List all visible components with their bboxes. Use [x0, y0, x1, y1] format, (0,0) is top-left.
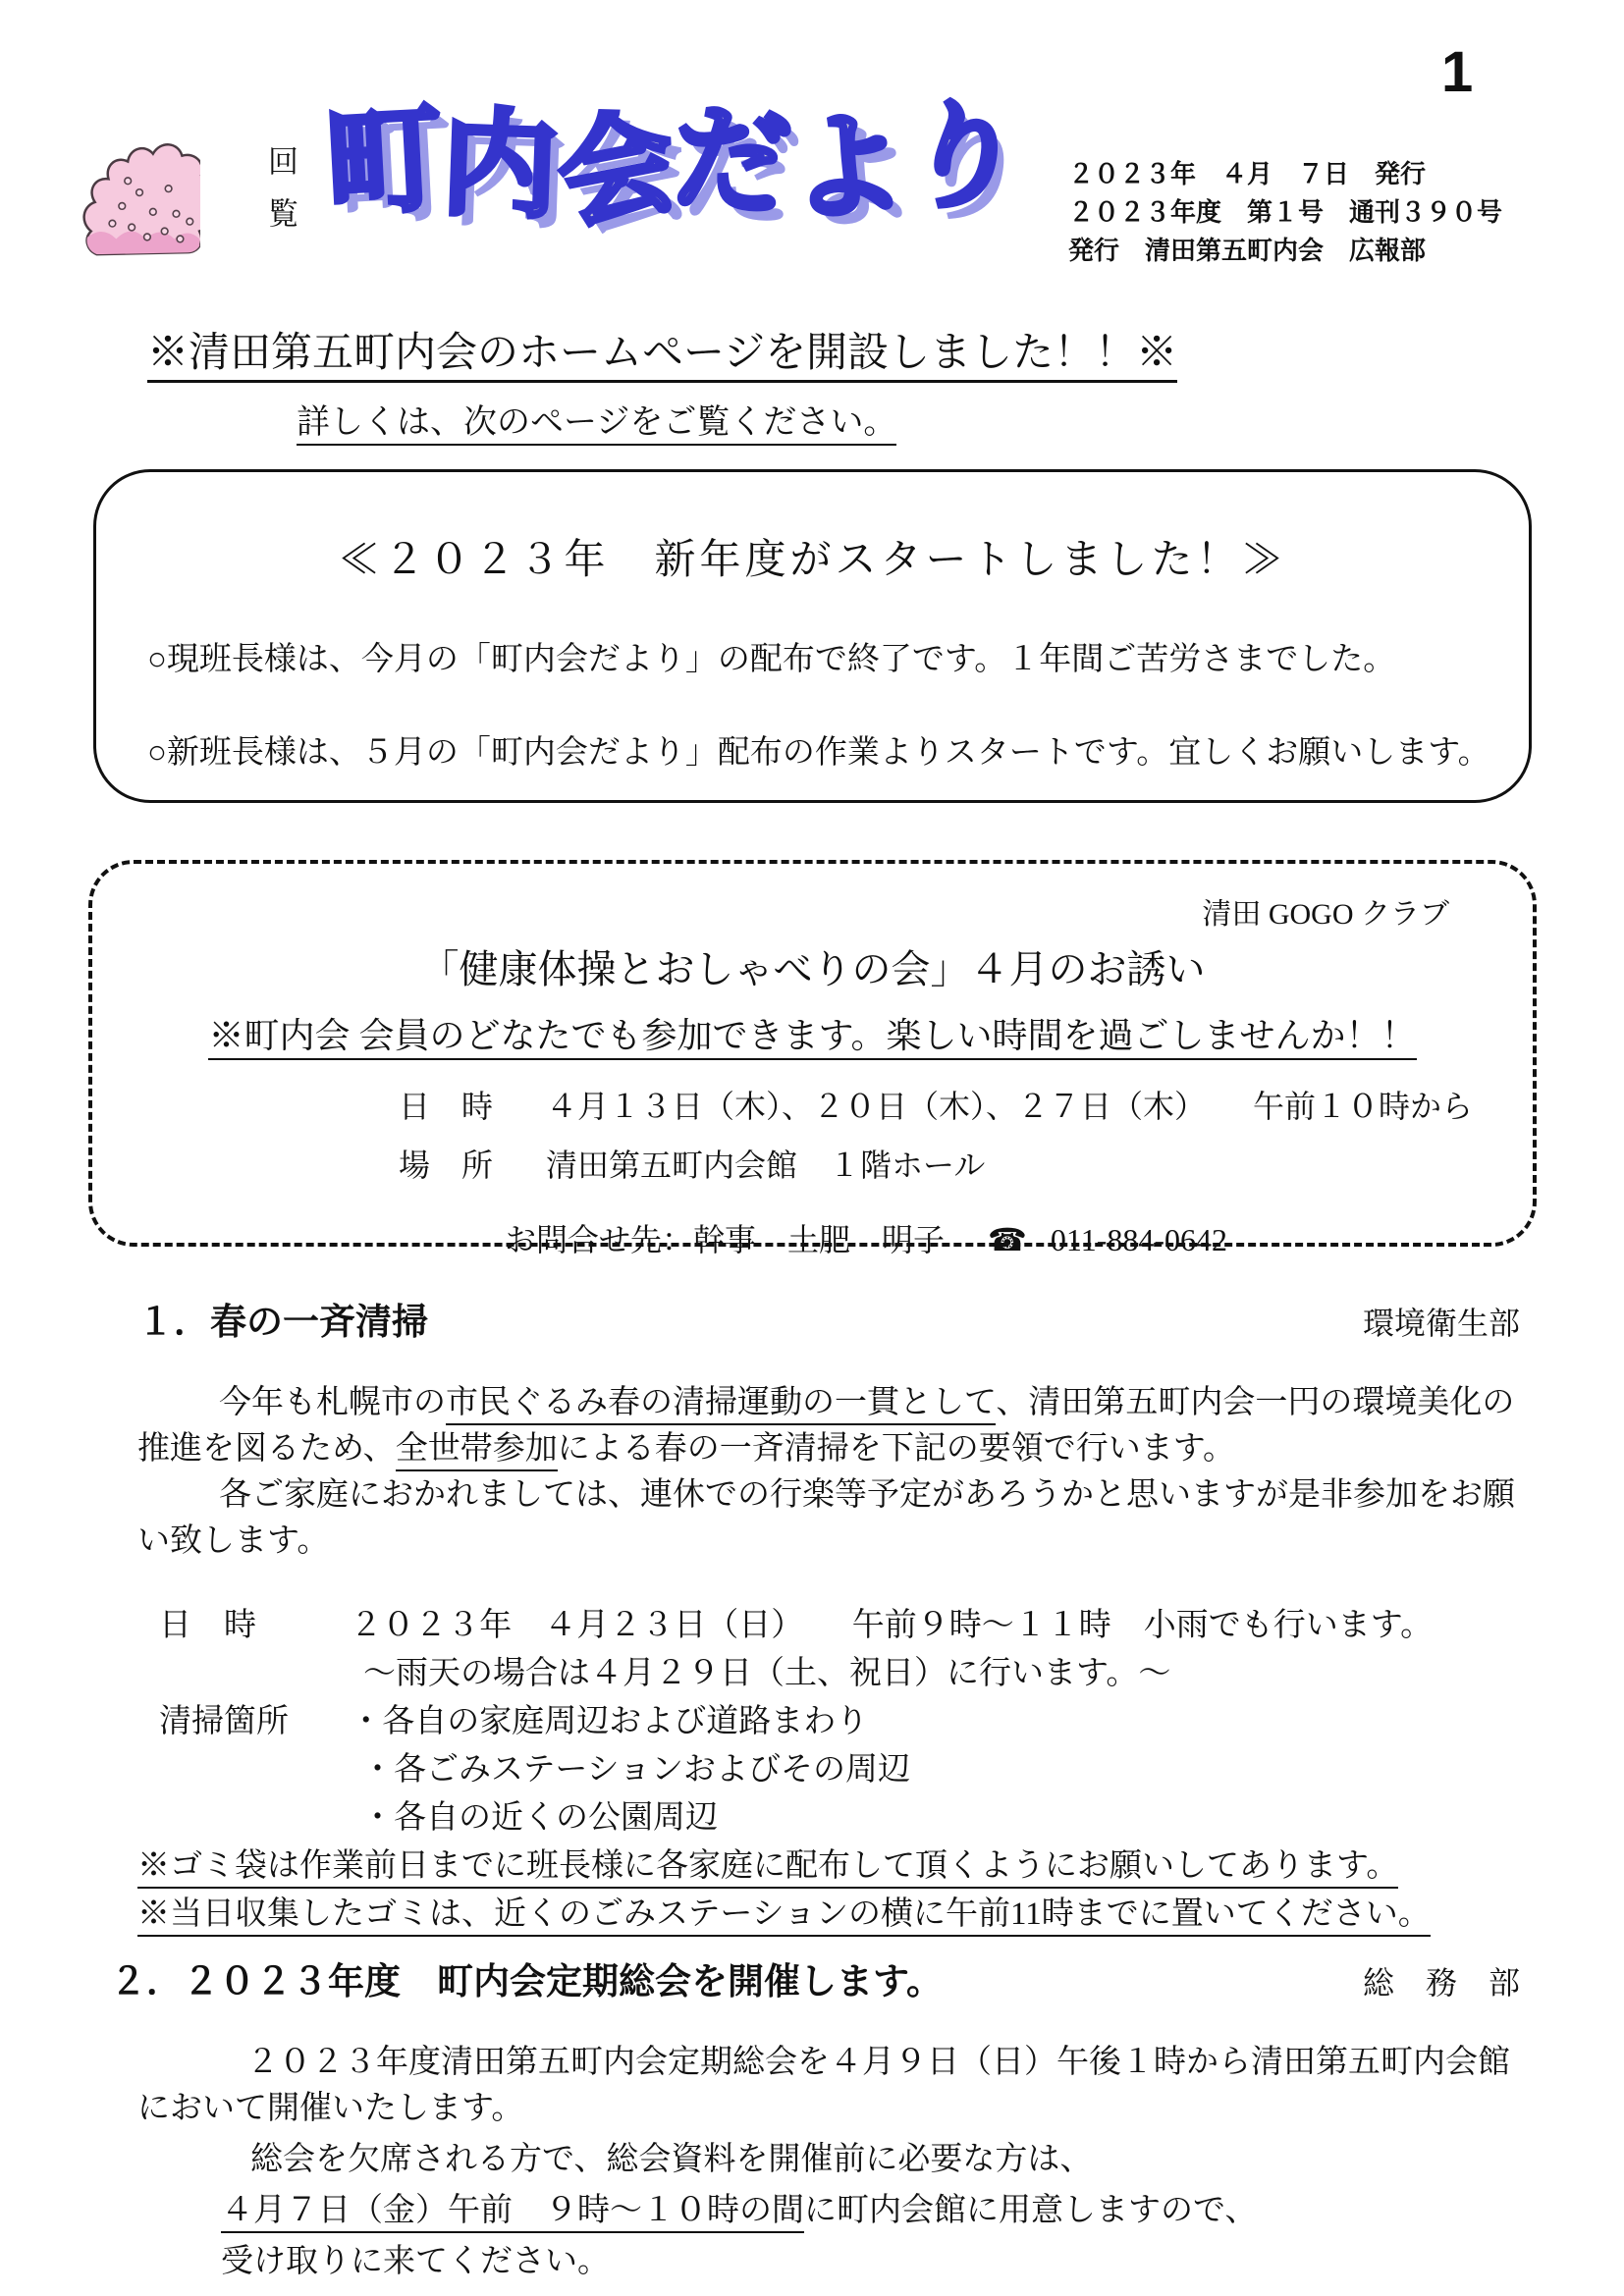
gogo-place-label: 場 所 [399, 1141, 538, 1186]
homepage-notice: ※清田第五町内会のホームページを開設しました！！※ 詳しくは、次のページをご覧く… [147, 320, 1177, 443]
new-year-item: ○新班長様は、５月の「町内会だより」配布の作業よりスタートです。宜しくお願いしま… [147, 726, 1489, 773]
cleanup-place-item: ・各自の近くの公園周辺 [137, 1794, 1520, 1842]
cherry-blossom-icon [82, 131, 200, 266]
gogo-contact-row: お問合せ先：幹事 土肥 明子 ☎ 011-884-0642 [92, 1215, 1533, 1260]
section2-paragraph-3: ４月７日（金）午前 ９時〜１０時の間に町内会館に用意しますので、 [221, 2188, 1520, 2234]
issue-info: ２０２３年 ４月 ７日 発行 ２０２３年度 第１号 通刊３９０号 発行 清田第五… [1068, 155, 1502, 270]
circulation-label: 回覧 [265, 145, 296, 249]
gogo-event-title: 「健康体操とおしゃべりの会」４月のお誘い [92, 938, 1533, 994]
homepage-notice-detail: 詳しくは、次のページをご覧ください。 [297, 395, 1177, 443]
cleanup-place-item: ・各ごみステーションおよびその周辺 [137, 1746, 1520, 1794]
cleanup-schedule: 日 時 ２０２３年 ４月２３日（日） 午前９時〜１１時 小雨でも行います。 〜雨… [137, 1602, 1520, 1842]
homepage-notice-headline: ※清田第五町内会のホームページを開設しました！！※ [147, 320, 1177, 379]
gogo-datetime-value: ４月１３日（木）、２０日（木）、２７日（木） 午前１０時から [546, 1089, 1473, 1124]
cleanup-note: ※当日収集したゴミは、近くのごみステーションの横に午前11時までに置いてください… [137, 1891, 1520, 1939]
gogo-place-row: 場 所 清田第五町内会館 １階ホール [92, 1141, 1533, 1186]
cleanup-rain-note: 〜雨天の場合は４月２９日（土、祝日）に行います。〜 [137, 1650, 1520, 1698]
new-year-item: ○現班長様は、今月の「町内会だより」の配布で終了です。１年間ご苦労さまでした。 [147, 633, 1489, 679]
section1-title: １．春の一斉清掃 [137, 1292, 428, 1345]
gogo-event-subtitle: ※町内会 会員のどなたでも参加できます。楽しい時間を過ごしませんか！！ [92, 1008, 1533, 1058]
newsletter-logo: 町内会だより [326, 86, 1021, 237]
gogo-datetime-row: 日 時 ４月１３日（木）、２０日（木）、２７日（木） 午前１０時から [92, 1082, 1533, 1127]
cleanup-place-label: 清掃箇所 [137, 1698, 342, 1746]
new-year-title: ≪２０２３年 新年度がスタートしました！≫ [96, 527, 1529, 586]
cleanup-place-row: 清掃箇所 ・各自の家庭周辺および道路まわり [137, 1698, 1520, 1746]
newsletter-page: 1 回覧 町内会だより ２０２３年 ４月 ７日 発行 ２０２３年度 第１号 通刊… [0, 0, 1624, 2296]
section1-paragraph-2: 各ご家庭におかれましては、連休での行楽等予定があろうかと思いますが是非参加をお願… [137, 1472, 1520, 1565]
section1-header: １．春の一斉清掃 環境衛生部 [137, 1292, 1520, 1345]
section2-paragraph-4: 受け取りに来てください。 [221, 2239, 1520, 2285]
cleanup-datetime-row: 日 時 ２０２３年 ４月２３日（日） 午前９時〜１１時 小雨でも行います。 [137, 1602, 1520, 1650]
gogo-club-box: 清田 GOGO クラブ 「健康体操とおしゃべりの会」４月のお誘い ※町内会 会員… [88, 860, 1537, 1247]
new-year-box: ≪２０２３年 新年度がスタートしました！≫ ○現班長様は、今月の「町内会だより」… [93, 469, 1532, 803]
phone-icon: ☎ [988, 1222, 1027, 1257]
section1-paragraph-1: 今年も札幌市の市民ぐるみ春の清掃運動の一貫として、清田第五町内会一円の環境美化の… [137, 1380, 1520, 1472]
gogo-phone-number: 011-884-0642 [1051, 1222, 1227, 1257]
cleanup-note: ※ゴミ袋は作業前日までに班長様に各家庭に配布して頂くようにお願いしてあります。 [137, 1842, 1520, 1891]
page-number: 1 [1441, 39, 1473, 105]
section-spring-cleanup: １．春の一斉清掃 環境衛生部 今年も札幌市の市民ぐるみ春の清掃運動の一貫として、… [0, 1292, 1624, 1939]
publisher-line: 発行 清田第五町内会 広報部 [1068, 232, 1502, 270]
issue-number-line: ２０２３年度 第１号 通刊３９０号 [1068, 193, 1502, 232]
cleanup-datetime-label: 日 時 [137, 1602, 342, 1650]
gogo-club-name: 清田 GOGO クラブ [92, 889, 1533, 933]
gogo-place-value: 清田第五町内会館 １階ホール [546, 1148, 985, 1183]
section2-department: 総 務 部 [1363, 1958, 1520, 2003]
section2-title: ２．２０２３年度 町内会定期総会を開催します。 [110, 1951, 943, 2004]
gogo-contact-label: お問合せ先：幹事 土肥 明子 [505, 1222, 945, 1257]
issue-date-line: ２０２３年 ４月 ７日 発行 [1068, 155, 1502, 193]
cleanup-place-item: ・各自の家庭周辺および道路まわり [350, 1704, 868, 1739]
section2-header: ２．２０２３年度 町内会定期総会を開催します。 総 務 部 [110, 1951, 1520, 2004]
section2-body: ２０２３年度清田第五町内会定期総会を４月９日（日）午後１時から清田第五町内会館に… [137, 2040, 1520, 2285]
section1-department: 環境衛生部 [1363, 1299, 1520, 1344]
section-general-meeting: ２．２０２３年度 町内会定期総会を開催します。 総 務 部 ２０２３年度清田第五… [0, 1951, 1624, 2285]
gogo-datetime-label: 日 時 [399, 1082, 538, 1127]
section2-paragraph-1: ２０２３年度清田第五町内会定期総会を４月９日（日）午後１時から清田第五町内会館に… [137, 2040, 1520, 2132]
section2-paragraph-2: 総会を欠席される方で、総会資料を開催前に必要な方は、 [250, 2137, 1520, 2183]
cleanup-datetime-value: ２０２３年 ４月２３日（日） 午前９時〜１１時 小雨でも行います。 [350, 1608, 1433, 1643]
